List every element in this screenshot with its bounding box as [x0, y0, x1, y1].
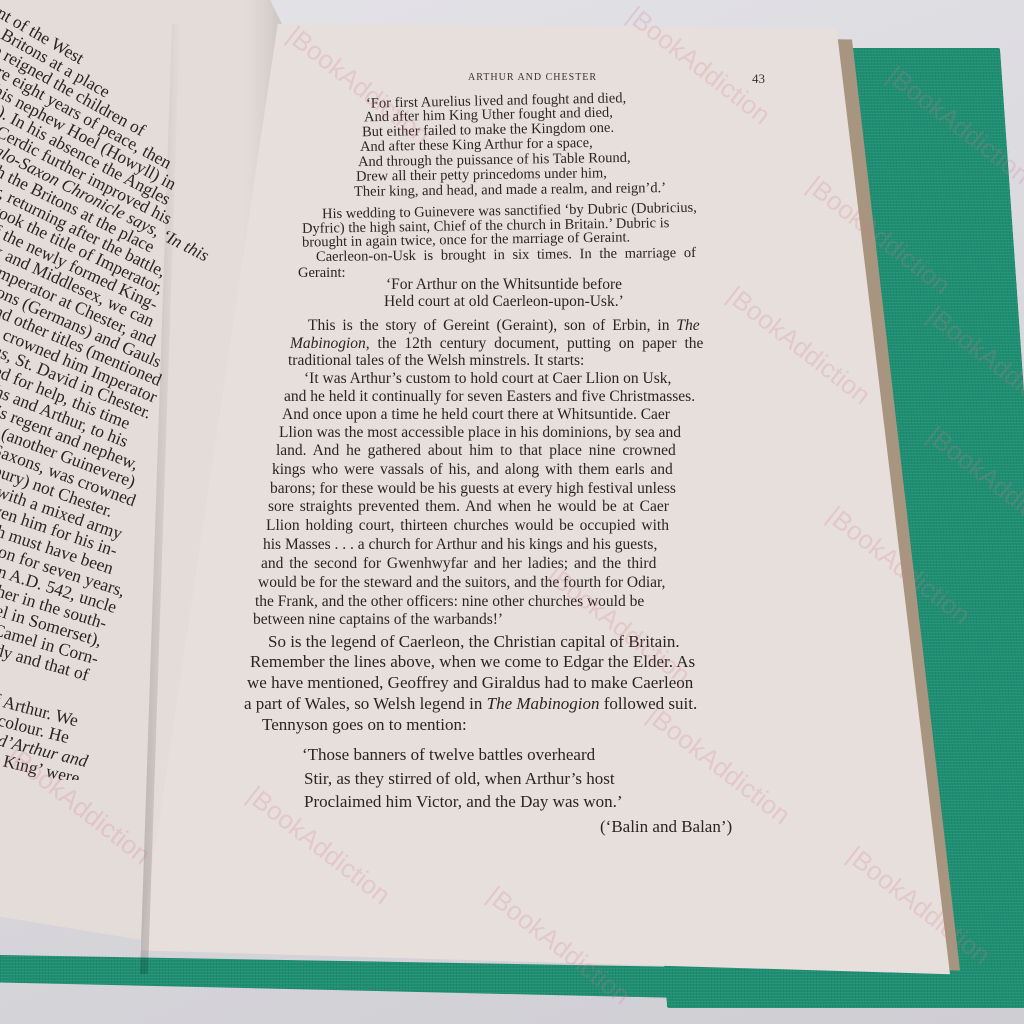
verse-line: Stir, as they stirred of old, when Arthu… [304, 770, 615, 787]
quote-line: and the second for Gwenhwyfar and her la… [261, 556, 656, 572]
quote-line: would be for the steward and the suitors… [258, 575, 665, 591]
quote-line: between nine captains of the warbands!’ [253, 612, 503, 628]
quote-line: sore straights prevented them. And when … [268, 499, 669, 515]
verse-line: Proclaimed him Victor, and the Day was w… [304, 793, 623, 810]
verse-line: ‘For Arthur on the Whitsuntide before [386, 277, 622, 293]
verse-attribution: (‘Balin and Balan’) [600, 818, 732, 835]
body-line: So is the legend of Caerleon, the Christ… [268, 633, 680, 650]
page-number: 43 [752, 71, 765, 87]
quote-line: Llion holding court, thirteen churches w… [266, 518, 669, 534]
body-line: traditional tales of the Welsh minstrels… [288, 353, 584, 369]
verse-line: Their king, and head, and made a realm, … [354, 181, 666, 199]
body-line: Geraint: [298, 266, 346, 281]
quote-line: his Masses . . . a church for Arthur and… [263, 537, 657, 553]
body-line: we have mentioned, Geoffrey and Giraldus… [247, 674, 693, 691]
quote-line: kings who were vassals of his, and along… [272, 462, 673, 478]
verse-line: ‘Those banners of twelve battles overhea… [302, 746, 595, 763]
quote-line: barons; for these would be his guests at… [270, 481, 676, 497]
running-header: ARTHUR AND CHESTER [468, 72, 597, 83]
quote-line: And once upon a time he held court there… [282, 407, 670, 423]
quote-line: ‘It was Arthur’s custom to hold court at… [304, 371, 671, 387]
body-line: Mabinogion, the 12th century document, p… [290, 336, 703, 352]
body-line: a part of Wales, so Welsh legend in The … [244, 695, 697, 712]
body-line: Remember the lines above, when we come t… [250, 653, 695, 670]
verse-line: Held court at old Caerleon-upon-Usk.’ [384, 294, 624, 310]
body-line: This is the story of Gereint (Geraint), … [308, 318, 700, 334]
quote-line: Llion was the most accessible place in h… [279, 425, 681, 441]
body-line: Tennyson goes on to mention: [262, 716, 467, 733]
quote-line: the Frank, and the other officers: nine … [255, 594, 644, 610]
quote-line: and he held it continually for seven Eas… [284, 389, 695, 405]
quote-line: land. And he gathered about him to that … [276, 443, 676, 459]
